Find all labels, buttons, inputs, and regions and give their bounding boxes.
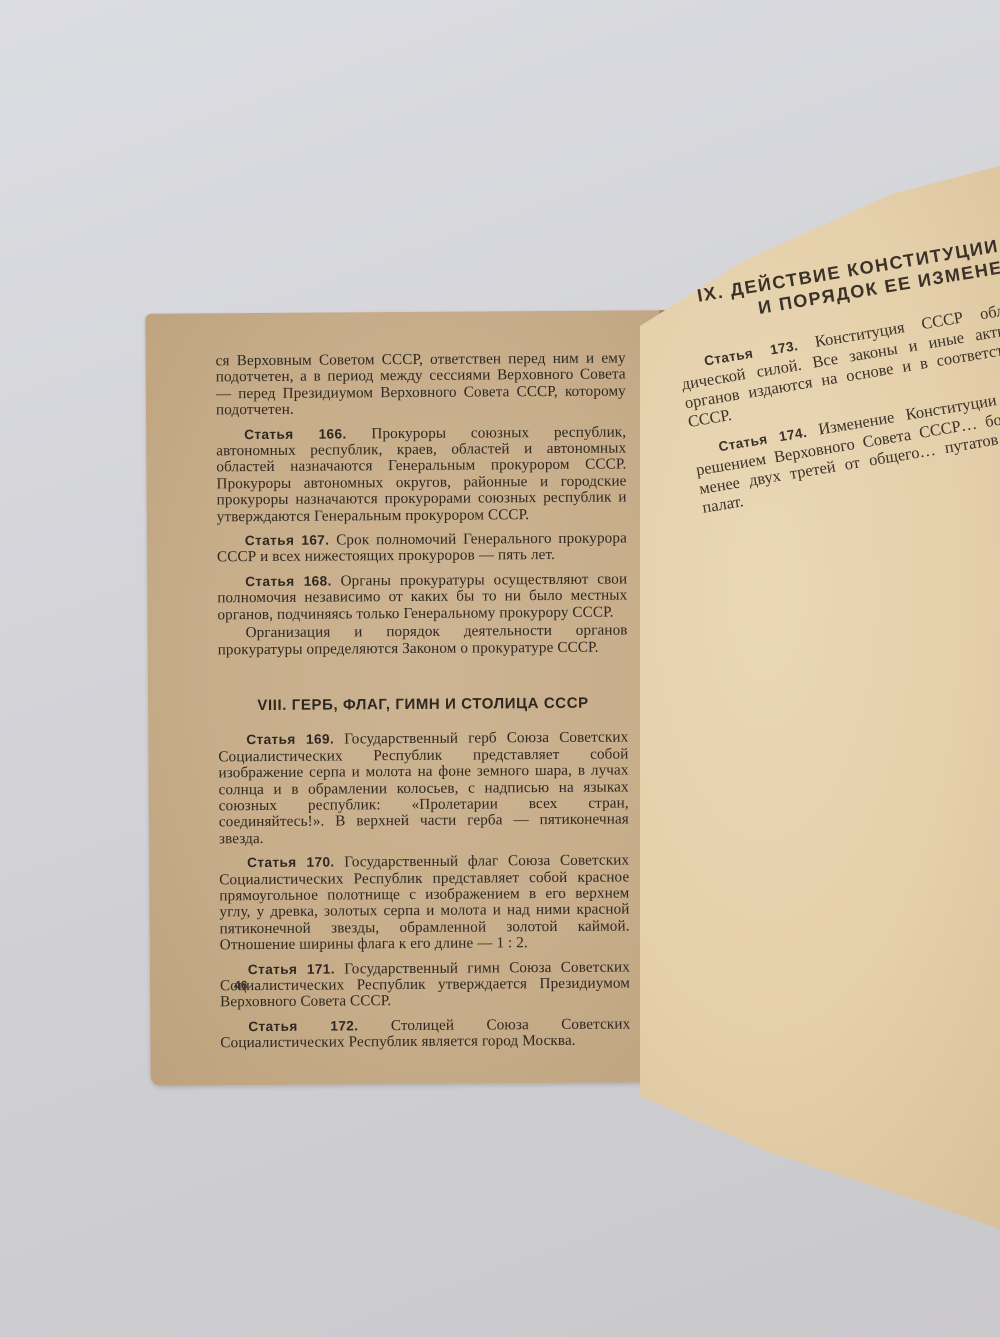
section-title-viii: VIII. ГЕРБ, ФЛАГ, ГИМН И СТОЛИЦА СССР [218,695,628,714]
right-page-text: IX. ДЕЙСТВИЕ КОНСТИТУЦИИ СССР И ПОРЯДОК … [666,221,1000,527]
article-170: Статья 170. Государственный флаг Союза С… [219,853,630,954]
article-166: Статья 166. Прокуроры союзных республик,… [216,424,627,525]
prosecution-organization-paragraph: Организация и порядок деятельности орган… [217,623,627,659]
article-171: Статья 171. Государственный гимн Союза С… [220,959,630,1011]
left-page-text: ся Верховным Советом СССР, ответствен пе… [216,350,631,1059]
article-168: Статья 168. Органы прокуратуры осуществл… [217,571,627,623]
continuation-paragraph: ся Верховным Советом СССР, ответствен пе… [216,350,626,418]
page-number: 46 [234,978,247,992]
article-169: Статья 169. Государственный герб Союза С… [218,730,629,848]
article-172: Статья 172. Столицей Союза Советских Соц… [220,1016,630,1052]
left-page: ся Верховным Советом СССР, ответствен пе… [145,310,668,1086]
article-167: Статья 167. Срок полномочий Генерального… [217,531,627,567]
